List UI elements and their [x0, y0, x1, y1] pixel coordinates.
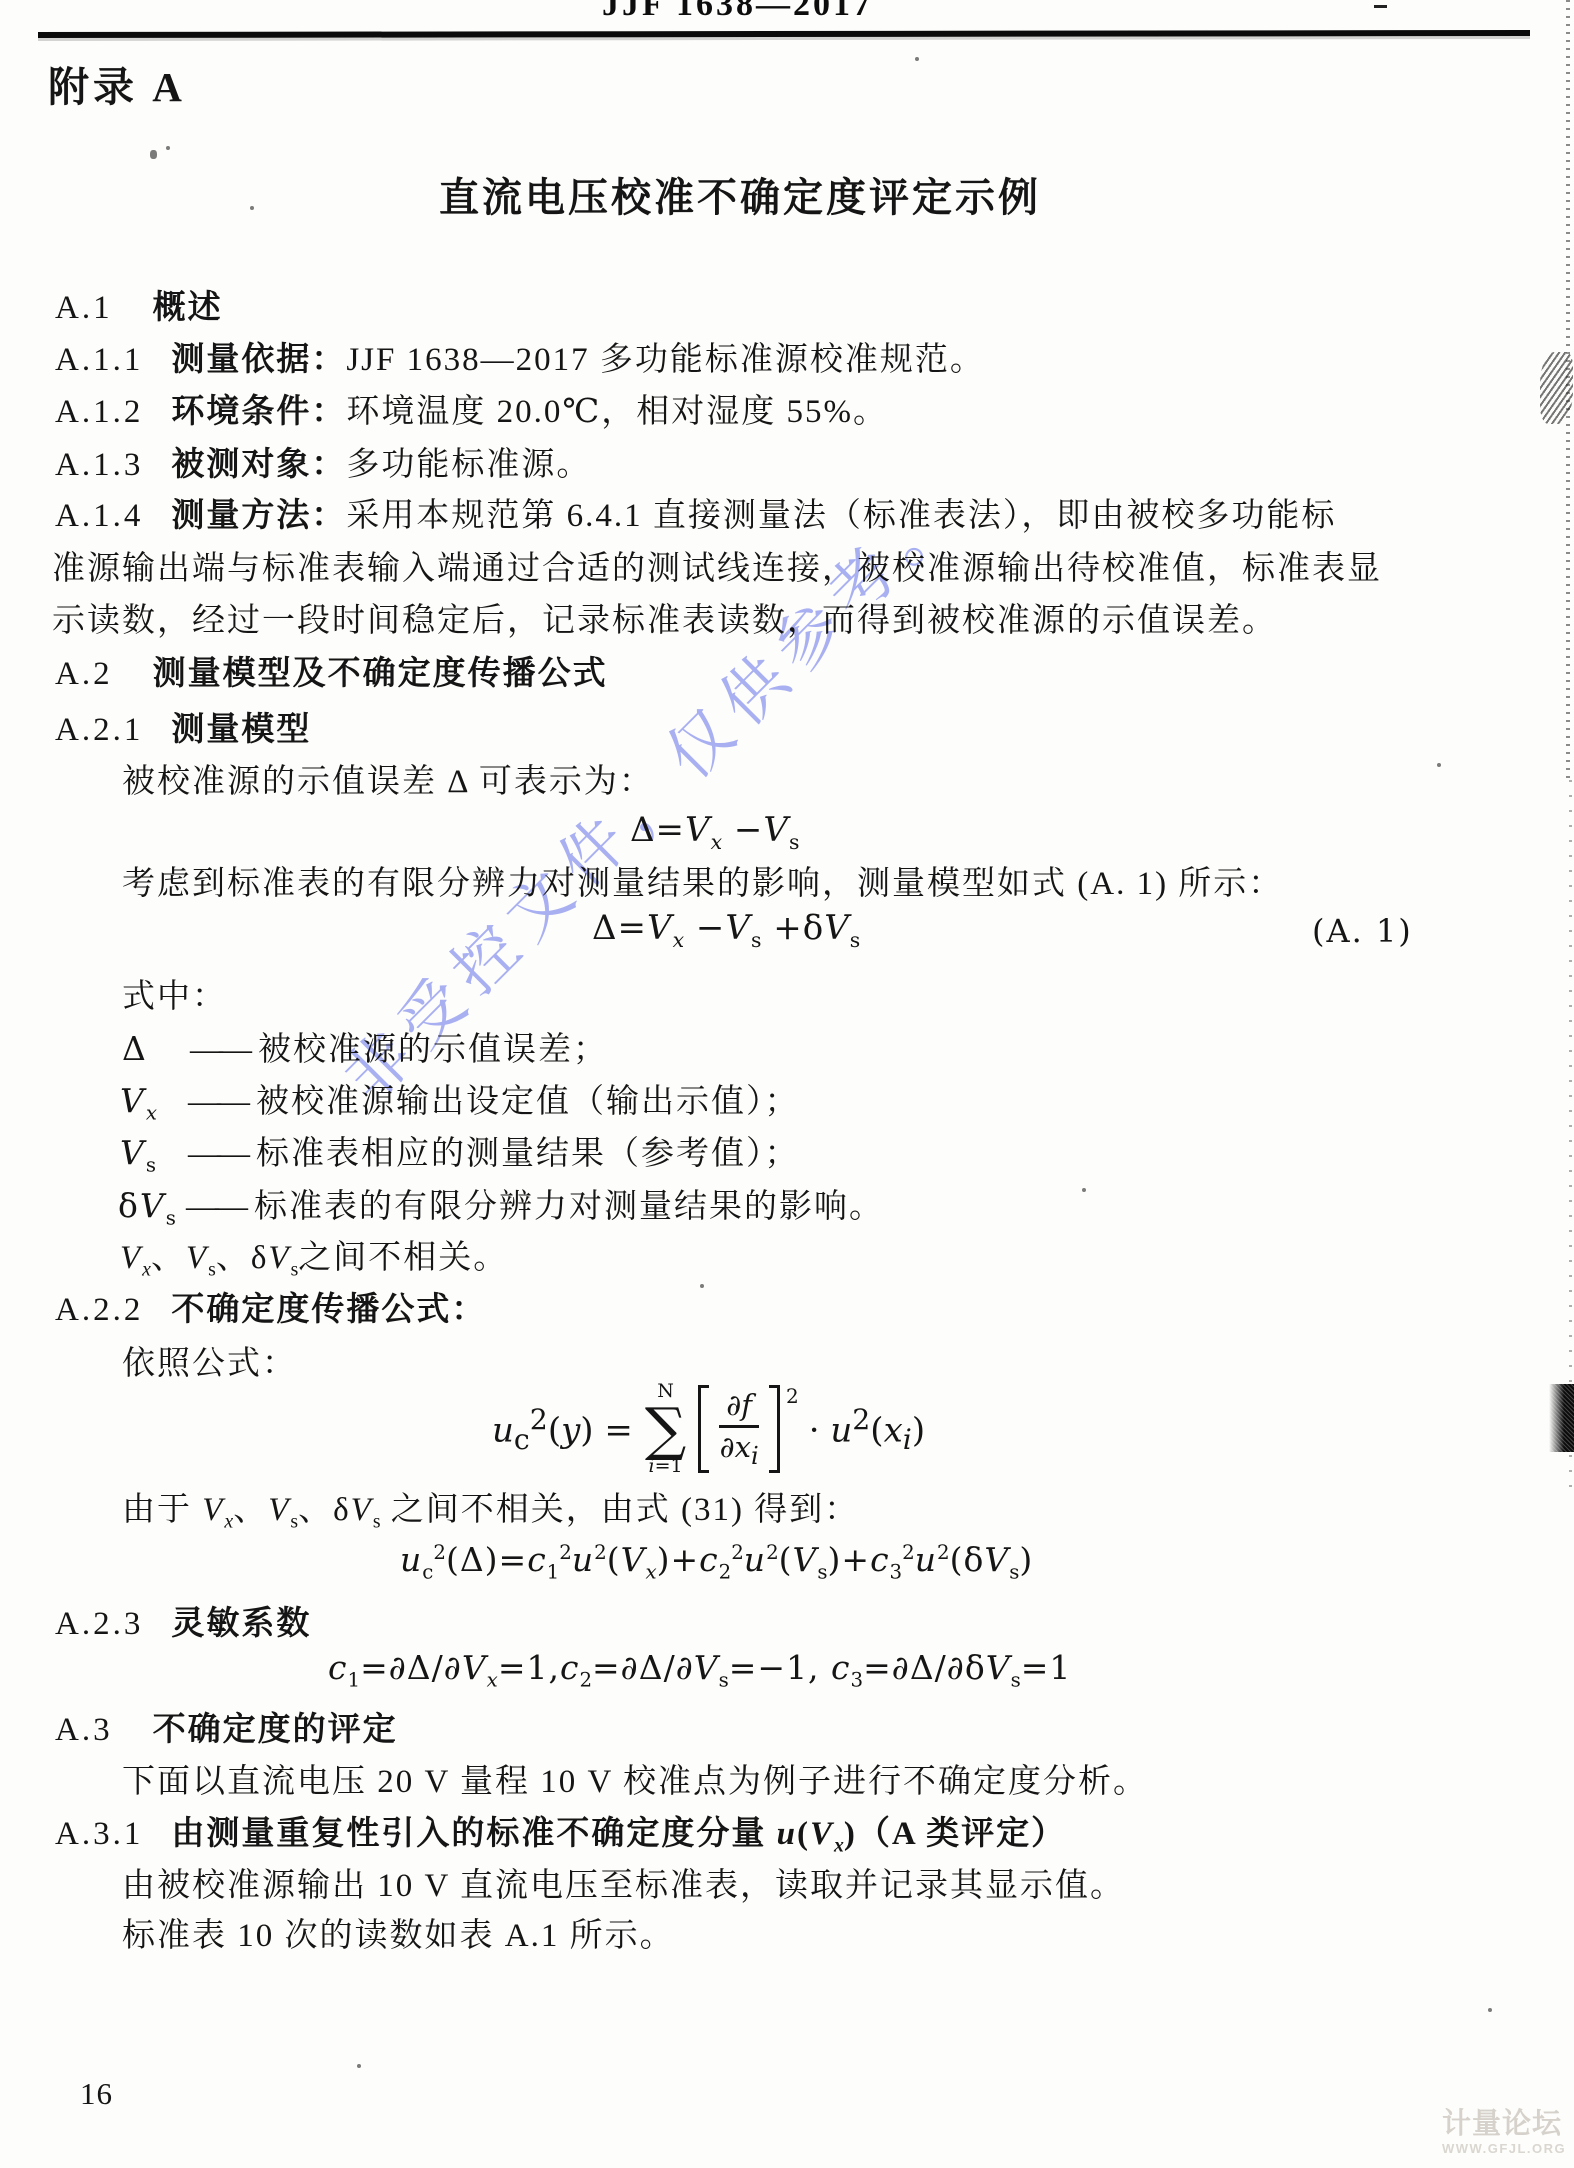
sigma-icon: ∑ [645, 1402, 686, 1457]
clause-a11-number: A.1.1 [55, 342, 143, 378]
scan-speck [1082, 1188, 1086, 1192]
sigma-operator: N ∑ i=1 [645, 1382, 686, 1477]
clause-a12-term: 环境条件： [171, 394, 346, 430]
scan-speck [1437, 763, 1441, 767]
scan-speck [250, 206, 254, 210]
a21-intro: 被校准源的示值误差 Δ 可表示为： [122, 762, 654, 803]
section-a1-heading: A.1概述 [55, 288, 223, 329]
section-a2-title: 测量模型及不确定度传播公式 [153, 656, 608, 692]
formula-propagation-rhs: · u2(xi) [809, 1403, 925, 1456]
bracket-power: 2 [786, 1384, 799, 1408]
clause-a13-text: 多功能标准源。 [346, 447, 591, 483]
header-rule [38, 30, 1530, 38]
section-a23-heading: A.2.3灵敏系数 [55, 1604, 311, 1645]
definition-symbol: Vs [120, 1132, 188, 1178]
clause-a12: A.1.2环境条件：环境温度 20.0℃，相对湿度 55%。 [55, 392, 888, 433]
uncorrelated-note: Vx、Vs、δVs之间不相关。 [120, 1238, 508, 1282]
clause-a14-text: 采用本规范第 6.4.1 直接测量法（标准表法），即由被校多功能标 [346, 498, 1336, 534]
clause-a14-term: 测量方法： [171, 498, 346, 534]
definition-text: 被校准源的示值误差； [258, 1032, 608, 1068]
definition-text: 标准表的有限分辨力对测量结果的影响。 [254, 1189, 884, 1225]
section-a23-title: 灵敏系数 [171, 1606, 311, 1642]
scan-artifact-black-bar [1549, 1384, 1574, 1452]
section-a2-number: A.2 [55, 656, 113, 692]
right-bracket [769, 1385, 780, 1473]
scan-speck [700, 1284, 704, 1288]
section-a3-number: A.3 [55, 1712, 113, 1748]
partial-derivative-fraction: ∂f ∂xi [719, 1389, 759, 1471]
clause-a11-term: 测量依据： [171, 342, 346, 378]
scan-speck [357, 2064, 361, 2068]
definition-symbol: δVs [118, 1185, 186, 1231]
section-a21-title: 测量模型 [171, 712, 311, 748]
section-a22-heading: A.2.2不确定度传播公式： [55, 1290, 486, 1331]
clause-a11-text: JJF 1638—2017 多功能标准源校准规范。 [346, 342, 985, 378]
clause-a13-term: 被测对象： [171, 447, 346, 483]
definition-text: 标准表相应的测量结果（参考值）； [256, 1136, 800, 1172]
clause-a12-number: A.1.2 [55, 394, 143, 430]
definition-row-dvs: δVs——标准表的有限分辨力对测量结果的影响。 [118, 1185, 884, 1231]
formula-error-simple: Δ=Vx −Vs [630, 810, 799, 854]
a31-paragraph-1: 由被校准源输出 10 V 直流电压至标准表，读取并记录其显示值。 [122, 1866, 1125, 1907]
section-a31-number: A.3.1 [55, 1816, 143, 1852]
fraction-denominator: ∂xi [720, 1428, 759, 1471]
section-a31-title: 由测量重复性引入的标准不确定度分量 u(Vx)（A 类评定） [171, 1816, 1066, 1852]
section-a21-number: A.2.1 [55, 712, 143, 748]
running-header-doc-code: JJF 1638—2017 [602, 0, 873, 24]
formula-a1-label: (A. 1) [1312, 912, 1413, 950]
definition-row-vx: Vx——被校准源输出设定值（输出示值）； [120, 1080, 800, 1126]
section-a1-title: 概述 [153, 290, 223, 326]
clause-a14-number: A.1.4 [55, 498, 143, 534]
appendix-label: 附录 A [48, 54, 186, 113]
section-a31-heading: A.3.1由测量重复性引入的标准不确定度分量 u(Vx)（A 类评定） [55, 1814, 1066, 1858]
clause-a14-cont2: 示读数，经过一段时间稳定后，记录标准表读数，而得到被校准源的示值误差。 [52, 601, 1277, 642]
scanned-document-page: JJF 1638—2017 非受控文件，仅供参考。 附录 A 直流电压校准不确定… [0, 0, 1574, 2168]
forum-watermark-url: WWW.GFJL.ORG [1442, 2142, 1574, 2155]
section-a3-title: 不确定度的评定 [153, 1712, 398, 1748]
scan-artifact-smudge [1540, 352, 1573, 424]
definition-symbol: Vx [120, 1080, 188, 1126]
scan-speck [150, 150, 157, 159]
formula-propagation: uc2(y) = N ∑ i=1 ∂f ∂xi 2 · u2(xi) [492, 1382, 925, 1477]
clause-a14: A.1.4测量方法：采用本规范第 6.4.1 直接测量法（标准表法），即由被校多… [55, 496, 1336, 537]
section-a1-number: A.1 [55, 290, 113, 326]
page-number: 16 [80, 2076, 113, 2112]
clause-a11: A.1.1测量依据：JJF 1638—2017 多功能标准源校准规范。 [55, 340, 985, 381]
section-a22-number: A.2.2 [55, 1292, 143, 1328]
section-a21-heading: A.2.1测量模型 [55, 710, 311, 751]
fraction-numerator: ∂f [719, 1389, 759, 1428]
formula-propagation-lhs: uc2(y) = [492, 1403, 633, 1456]
definition-row-delta: Δ——被校准源的示值误差； [122, 1028, 608, 1071]
clause-a14-cont1: 准源输出端与标准表输入端通过合适的测试线连接，被校准源输出待校准值，标准表显 [52, 549, 1382, 590]
left-bracket [698, 1385, 709, 1473]
section-a22-title: 不确定度传播公式： [171, 1292, 486, 1328]
section-a2-heading: A.2测量模型及不确定度传播公式 [55, 654, 608, 695]
sigma-lower-limit: i=1 [649, 1457, 683, 1477]
formula-a1-expression: Δ=Vx −Vs +δVs [592, 908, 860, 952]
page-title: 直流电压校准不确定度评定示例 [0, 166, 1480, 223]
a22-intro: 依照公式： [122, 1344, 297, 1385]
forum-watermark: 计量论坛 WWW.GFJL.ORG [1442, 2110, 1574, 2155]
definition-dash: —— [188, 1136, 246, 1172]
definition-dash: —— [190, 1032, 248, 1068]
clause-a12-text: 环境温度 20.0℃，相对湿度 55%。 [346, 394, 888, 430]
scan-speck [915, 57, 919, 61]
clause-a13-number: A.1.3 [55, 447, 143, 483]
section-a3-heading: A.3不确定度的评定 [55, 1710, 398, 1751]
a21-note: 考虑到标准表的有限分辨力对测量结果的影响，测量模型如式 (A. 1) 所示： [122, 864, 1283, 905]
where-label: 式中： [122, 977, 227, 1018]
a3-intro: 下面以直流电压 20 V 量程 10 V 校准点为例子进行不确定度分析。 [122, 1762, 1148, 1803]
definition-symbol: Δ [122, 1028, 190, 1069]
scan-speck [1488, 2008, 1492, 2012]
definition-text: 被校准源输出设定值（输出示值）； [256, 1084, 800, 1120]
definition-dash: —— [186, 1189, 244, 1225]
definition-dash: —— [188, 1084, 246, 1120]
scan-artifact-dash [1374, 5, 1387, 8]
clause-a13: A.1.3被测对象：多功能标准源。 [55, 445, 591, 486]
section-a23-number: A.2.3 [55, 1606, 143, 1642]
definition-row-vs: Vs——标准表相应的测量结果（参考值）； [120, 1132, 800, 1178]
formula-combined-uncertainty: uc2(Δ)=c12u2(Vx)+c22u2(Vs)+c32u2(δVs) [400, 1540, 1033, 1584]
forum-watermark-name: 计量论坛 [1442, 2110, 1574, 2139]
a22-since: 由于 Vx、Vs、δVs 之间不相关，由式 (31) 得到： [122, 1490, 859, 1534]
a31-paragraph-2: 标准表 10 次的读数如表 A.1 所示。 [122, 1916, 675, 1957]
formula-sensitivity-coefficients: c1=∂Δ/∂Vx=1,c2=∂Δ/∂Vs=−1, c3=∂Δ/∂δVs=1 [328, 1648, 1071, 1692]
scan-speck [166, 146, 170, 150]
